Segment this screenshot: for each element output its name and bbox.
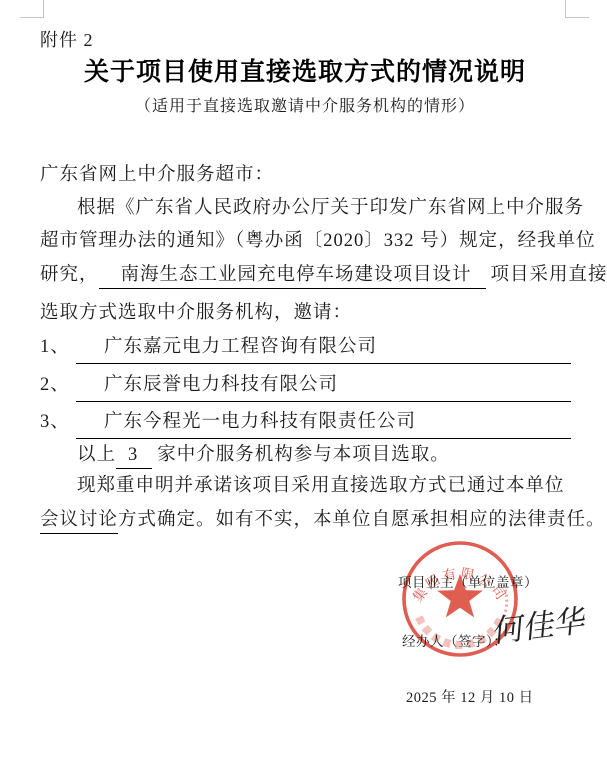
body-line: 选取方式选取中介服务机构，邀请： (40, 300, 571, 326)
body-line-commitment: 会议讨论方式确定。如有不实，本单位自愿承担相应的法律责任。 (40, 507, 571, 533)
document-page: 附件 2 关于项目使用直接选取方式的情况说明 （适用于直接选取邀请中介服务机构的… (0, 0, 607, 782)
agency-row: 3、 广东今程光一电力科技有限责任公司 (40, 409, 571, 435)
underline-blank: 广东今程光一电力科技有限责任公司 (76, 409, 571, 439)
body-line-count: 以上3家中介服务机构参与本项目选取。 (40, 442, 571, 468)
agency-row: 1、 广东嘉元电力工程咨询有限公司 (40, 334, 571, 360)
seal-illegible-text-arc (419, 617, 501, 645)
margin-corner-mark-top-left (20, 0, 44, 18)
project-name-underlined: 南海生态工业园充电停车场建设项目设计 (99, 265, 486, 289)
margin-corner-mark-top-right (565, 0, 589, 18)
agency-name: 广东今程光一电力科技有限责任公司 (76, 412, 416, 432)
agency-name: 广东嘉元电力工程咨询有限公司 (76, 337, 377, 357)
item-number: 2、 (40, 372, 76, 398)
body-line: 根据《广东省人民政府办公厅关于印发广东省网上中介服务 (40, 195, 571, 221)
decision-method-underlined: 会议讨论 (40, 510, 118, 534)
item-number: 1、 (40, 334, 76, 360)
underline-blank: 广东嘉元电力工程咨询有限公司 (76, 334, 571, 364)
body-line: 超市管理办法的通知》（粤办函〔2020〕332 号）规定，经我单位 (40, 228, 571, 254)
document-subtitle: （适用于直接选取邀请中介服务机构的情形） (40, 93, 570, 116)
agency-name: 广东辰誉电力科技有限公司 (76, 375, 338, 395)
signature-date: 2025 年 12 月 10 日 (406, 686, 534, 707)
body-line: 现郑重申明并承诺该项目采用直接选取方式已通过本单位 (40, 473, 571, 499)
body-line-project: 研究，南海生态工业园充电停车场建设项目设计项目采用直接 (40, 262, 571, 288)
salutation-line: 广东省网上中介服务超市： (40, 162, 571, 188)
document-title: 关于项目使用直接选取方式的情况说明 (40, 52, 570, 88)
agency-row: 2、 广东辰誉电力科技有限公司 (40, 372, 571, 398)
item-number: 3、 (40, 409, 76, 435)
agency-count-underlined: 3 (116, 445, 152, 469)
attachment-label: 附件 2 (40, 26, 94, 52)
underline-blank: 广东辰誉电力科技有限公司 (76, 372, 571, 402)
